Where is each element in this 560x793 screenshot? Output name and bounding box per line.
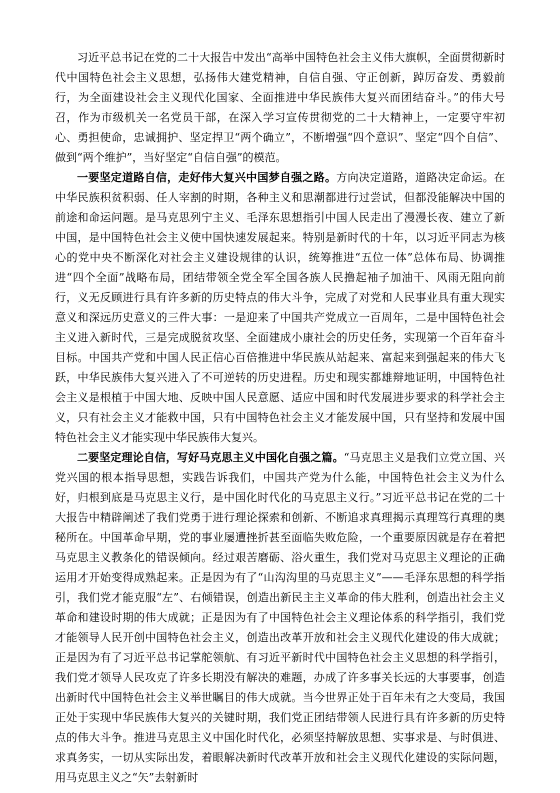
paragraph-section-2: 二要坚定理论自信，写好马克思主义中国化自强之篇。“马克思主义是我们立党立国、兴党… [55, 448, 505, 788]
document-body: 习近平总书记在党的二十大报告中发出“高举中国特色社会主义伟大旗帜，全面贯彻新时代… [55, 48, 505, 788]
section-2-heading: 二要坚定理论自信，写好马克思主义中国化自强之篇。 [77, 451, 344, 464]
document-page: 习近平总书记在党的二十大报告中发出“高举中国特色社会主义伟大旗帜，全面贯彻新时代… [0, 0, 560, 793]
section-2-text: “马克思主义是我们立党立国、兴党兴国的根本指导思想，实践告诉我们，中国共产党为什… [55, 451, 505, 784]
section-1-text: 方向决定道路，道路决定命运。在中华民族积贫积弱、任人宰割的时期，各种主义和思潮都… [55, 171, 505, 444]
section-1-heading: 一要坚定道路自信，走好伟大复兴中国梦自强之路。 [77, 171, 336, 184]
paragraph-section-1: 一要坚定道路自信，走好伟大复兴中国梦自强之路。方向决定道路，道路决定命运。在中华… [55, 168, 505, 448]
paragraph-intro: 习近平总书记在党的二十大报告中发出“高举中国特色社会主义伟大旗帜，全面贯彻新时代… [55, 48, 505, 168]
paragraph-intro-text: 习近平总书记在党的二十大报告中发出“高举中国特色社会主义伟大旗帜，全面贯彻新时代… [55, 51, 505, 164]
